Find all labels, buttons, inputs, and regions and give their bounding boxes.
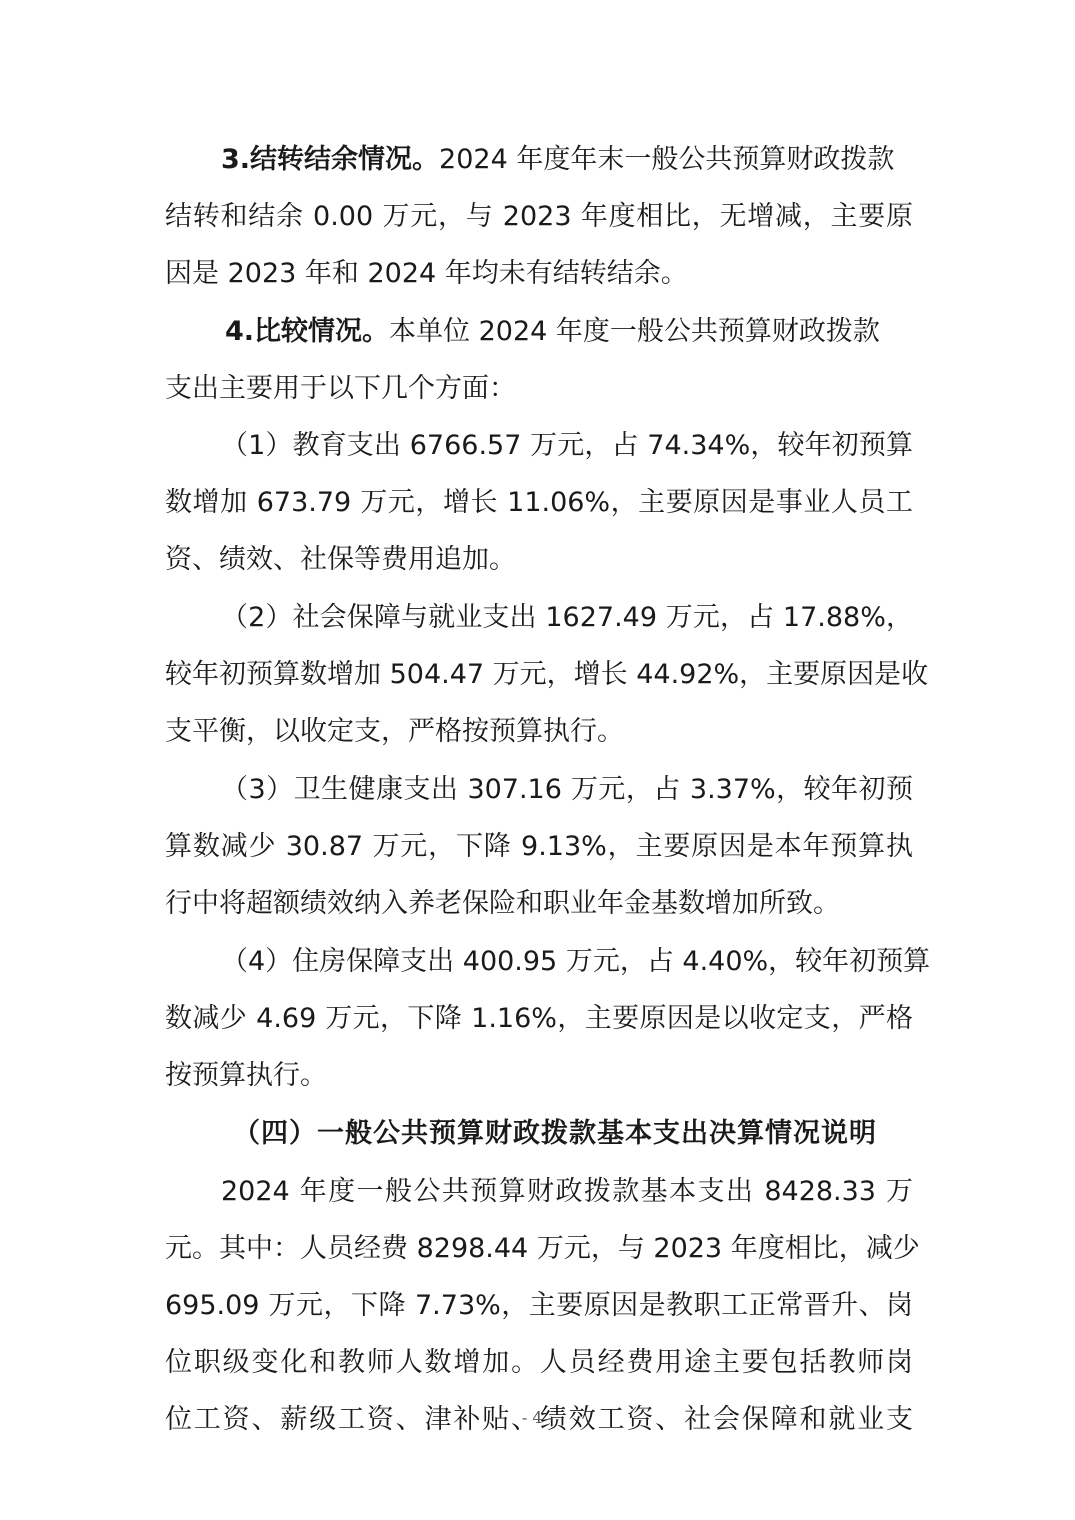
item-health-line: 算数减少 30.87 万元，下降 9.13%，主要原因是本年预算执 [165, 827, 913, 867]
item-social-security-line: （2）社会保障与就业支出 1627.49 万元，占 17.88%， [221, 598, 913, 638]
paragraph-lead-comparison: 4.比较情况。 [225, 316, 389, 347]
section-body-line: 695.09 万元，下降 7.73%，主要原因是教职工正常晋升、岗 [165, 1286, 913, 1326]
item-health-line: 行中将超额绩效纳入养老保险和职业年金基数增加所致。 [165, 884, 840, 924]
item-housing-line: 按预算执行。 [165, 1056, 327, 1096]
paragraph-line: 4.比较情况。本单位 2024 年度一般公共预算财政拨款 [225, 312, 880, 352]
paragraph-line: 结转和结余 0.00 万元，与 2023 年度相比，无增减，主要原 [165, 197, 913, 237]
page-number: - 4 - [0, 1408, 1075, 1427]
section-body-line: 2024 年度一般公共预算财政拨款基本支出 8428.33 万 [221, 1172, 913, 1212]
item-housing-line: 数减少 4.69 万元，下降 1.16%，主要原因是以收定支，严格 [165, 999, 913, 1039]
section-heading: （四）一般公共预算财政拨款基本支出决算情况说明 [233, 1114, 877, 1154]
item-social-security-line: 支平衡，以收定支，严格按预算执行。 [165, 712, 624, 752]
item-education-line: 资、绩效、社保等费用追加。 [165, 540, 516, 580]
section-body-line: 位职级变化和教师人数增加。人员经费用途主要包括教师岗 [165, 1343, 913, 1383]
item-education-line: （1）教育支出 6766.57 万元，占 74.34%，较年初预算 [221, 426, 913, 466]
paragraph-lead-carryover: 3.结转结余情况。 [221, 144, 439, 175]
section-body-line: 元。其中：人员经费 8298.44 万元，与 2023 年度相比，减少 [165, 1229, 913, 1269]
item-education-line: 数增加 673.79 万元，增长 11.06%，主要原因是事业人员工 [165, 483, 913, 523]
paragraph-line: 3.结转结余情况。2024 年度年末一般公共预算财政拨款 [221, 140, 894, 180]
item-housing-line: （4）住房保障支出 400.95 万元，占 4.40%，较年初预算 [221, 942, 913, 982]
paragraph-line: 因是 2023 年和 2024 年均未有结转结余。 [165, 254, 688, 294]
item-social-security-line: 较年初预算数增加 504.47 万元，增长 44.92%，主要原因是收 [165, 655, 913, 695]
paragraph-line: 支出主要用于以下几个方面： [165, 369, 516, 409]
item-health-line: （3）卫生健康支出 307.16 万元，占 3.37%，较年初预 [221, 770, 913, 810]
